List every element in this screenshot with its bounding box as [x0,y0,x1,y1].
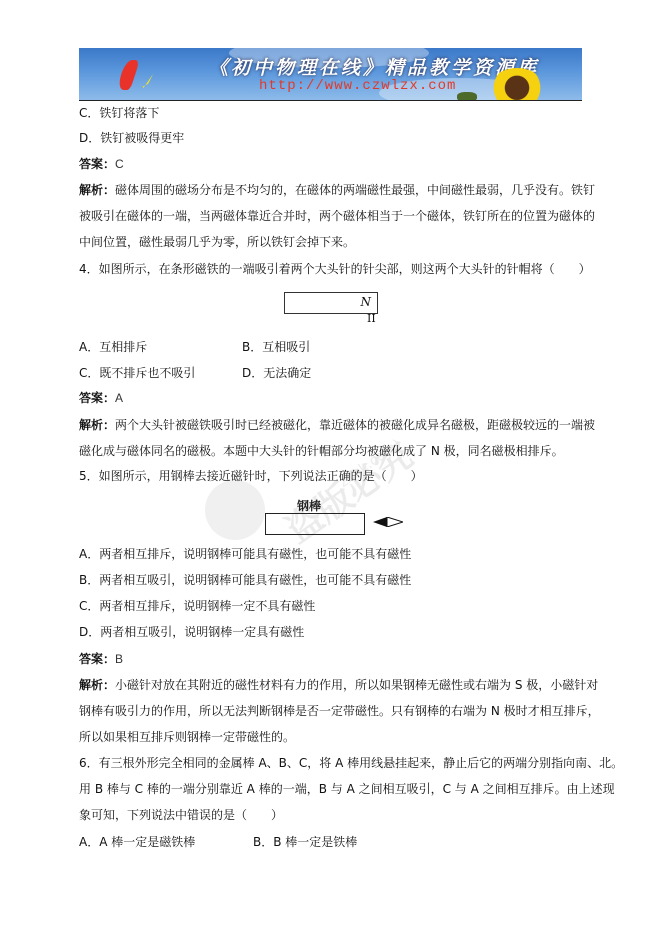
answer-value: C [115,157,124,171]
analysis-text: 磁体周围的磁场分布是不均匀的，在磁体的两端磁性最强，中间磁性最弱，几乎没有。铁钉 [115,183,595,197]
logo-accent-icon [137,74,153,88]
q4-option-d: D．无法确定 [242,366,311,380]
banner-url: http://www.czwlzx.com [259,78,456,94]
analysis-label: 解析： [79,678,115,692]
q3-option-c: C．铁钉将落下 [79,106,159,120]
q5-option-a: A．两者相互排斥，说明钢棒可能具有磁性，也可能不具有磁性 [79,547,411,561]
header-banner: 《初中物理在线》精品教学资源库 http://www.czwlzx.com [79,48,582,101]
q4-analysis-line-2: 磁化成与磁体同名的磁极。本题中大头针的针帽部分均被磁化成了 N 极，同名磁极相排… [79,444,564,458]
q4-option-a: A．互相排斥 [79,340,147,354]
q5-option-d: D．两者相互吸引，说明钢棒一定具有磁性 [79,625,304,639]
q6-stem-line-1: 6．有三根外形完全相同的金属棒 A、B、C，将 A 棒用线悬挂起来，静止后它的两… [79,756,623,770]
steel-rod-label: 钢棒 [297,497,321,514]
q3-analysis-line-1: 解析：磁体周围的磁场分布是不均匀的，在磁体的两端磁性最强，中间磁性最弱，几乎没有… [79,183,595,197]
q5-stem: 5．如图所示，用钢棒去接近磁针时，下列说法正确的是（ ） [79,469,423,483]
analysis-label: 解析： [79,183,115,197]
q4-stem: 4．如图所示，在条形磁铁的一端吸引着两个大头针的针尖部，则这两个大头针的针帽将（… [79,262,591,276]
q3-answer: 答案：C [79,157,124,171]
leaf-icon [457,92,477,101]
answer-label: 答案： [79,157,115,171]
pins-icon: II [367,313,376,324]
answer-label: 答案： [79,391,115,405]
q5-answer: 答案：B [79,652,123,666]
q4-option-c: C．既不排斥也不吸引 [79,366,195,380]
banner-title: 《初中物理在线》精品教学资源库 [209,53,539,80]
q6-option-a: A．A 棒一定是磁铁棒 [79,835,195,849]
q4-option-b: B．互相吸引 [242,340,310,354]
bar-magnet-figure: N [284,292,378,314]
logo-icon [116,60,140,90]
q5-analysis-line-3: 所以如果相互排斥则钢棒一定带磁性的。 [79,730,295,744]
analysis-text: 小磁针对放在其附近的磁性材料有力的作用，所以如果钢棒无磁性或右端为 S 极，小磁… [115,678,598,692]
answer-value: B [115,652,123,666]
q5-analysis-line-1: 解析：小磁针对放在其附近的磁性材料有力的作用，所以如果钢棒无磁性或右端为 S 极… [79,678,598,692]
q6-option-b: B．B 棒一定是铁棒 [253,835,357,849]
analysis-label: 解析： [79,418,115,432]
q5-option-b: B．两者相互吸引，说明钢棒可能具有磁性，也可能不具有磁性 [79,573,411,587]
q5-option-c: C．两者相互排斥，说明钢棒一定不具有磁性 [79,599,315,613]
q3-analysis-line-3: 中间位置，磁性最弱几乎为零，所以铁钉会掉下来。 [79,235,355,249]
q4-analysis-line-1: 解析：两个大头针被磁铁吸引时已经被磁化，靠近磁体的被磁化成异名磁极，距磁极较远的… [79,418,595,432]
answer-value: A [115,391,123,405]
q4-answer: 答案：A [79,391,123,405]
q5-analysis-line-2: 钢棒有吸引力的作用，所以无法判断钢棒是否一定带磁性。只有钢棒的右端为 N 极时才… [79,704,600,718]
answer-label: 答案： [79,652,115,666]
steel-rod-figure [265,513,365,535]
north-pole-label: N [361,295,372,309]
analysis-text: 两个大头针被磁铁吸引时已经被磁化，靠近磁体的被磁化成异名磁极，距磁极较远的一端被 [115,418,595,432]
q6-stem-line-2: 用 B 棒与 C 棒的一端分别靠近 A 棒的一端，B 与 A 之间相互吸引，C … [79,782,615,796]
compass-needle-icon [373,517,403,527]
q3-analysis-line-2: 被吸引在磁体的一端，当两磁体靠近合并时，两个磁体相当于一个磁体，铁钉所在的位置为… [79,209,595,223]
q6-stem-line-3: 象可知，下列说法中错误的是（ ） [79,808,283,822]
q3-option-d: D．铁钉被吸得更牢 [79,131,184,145]
